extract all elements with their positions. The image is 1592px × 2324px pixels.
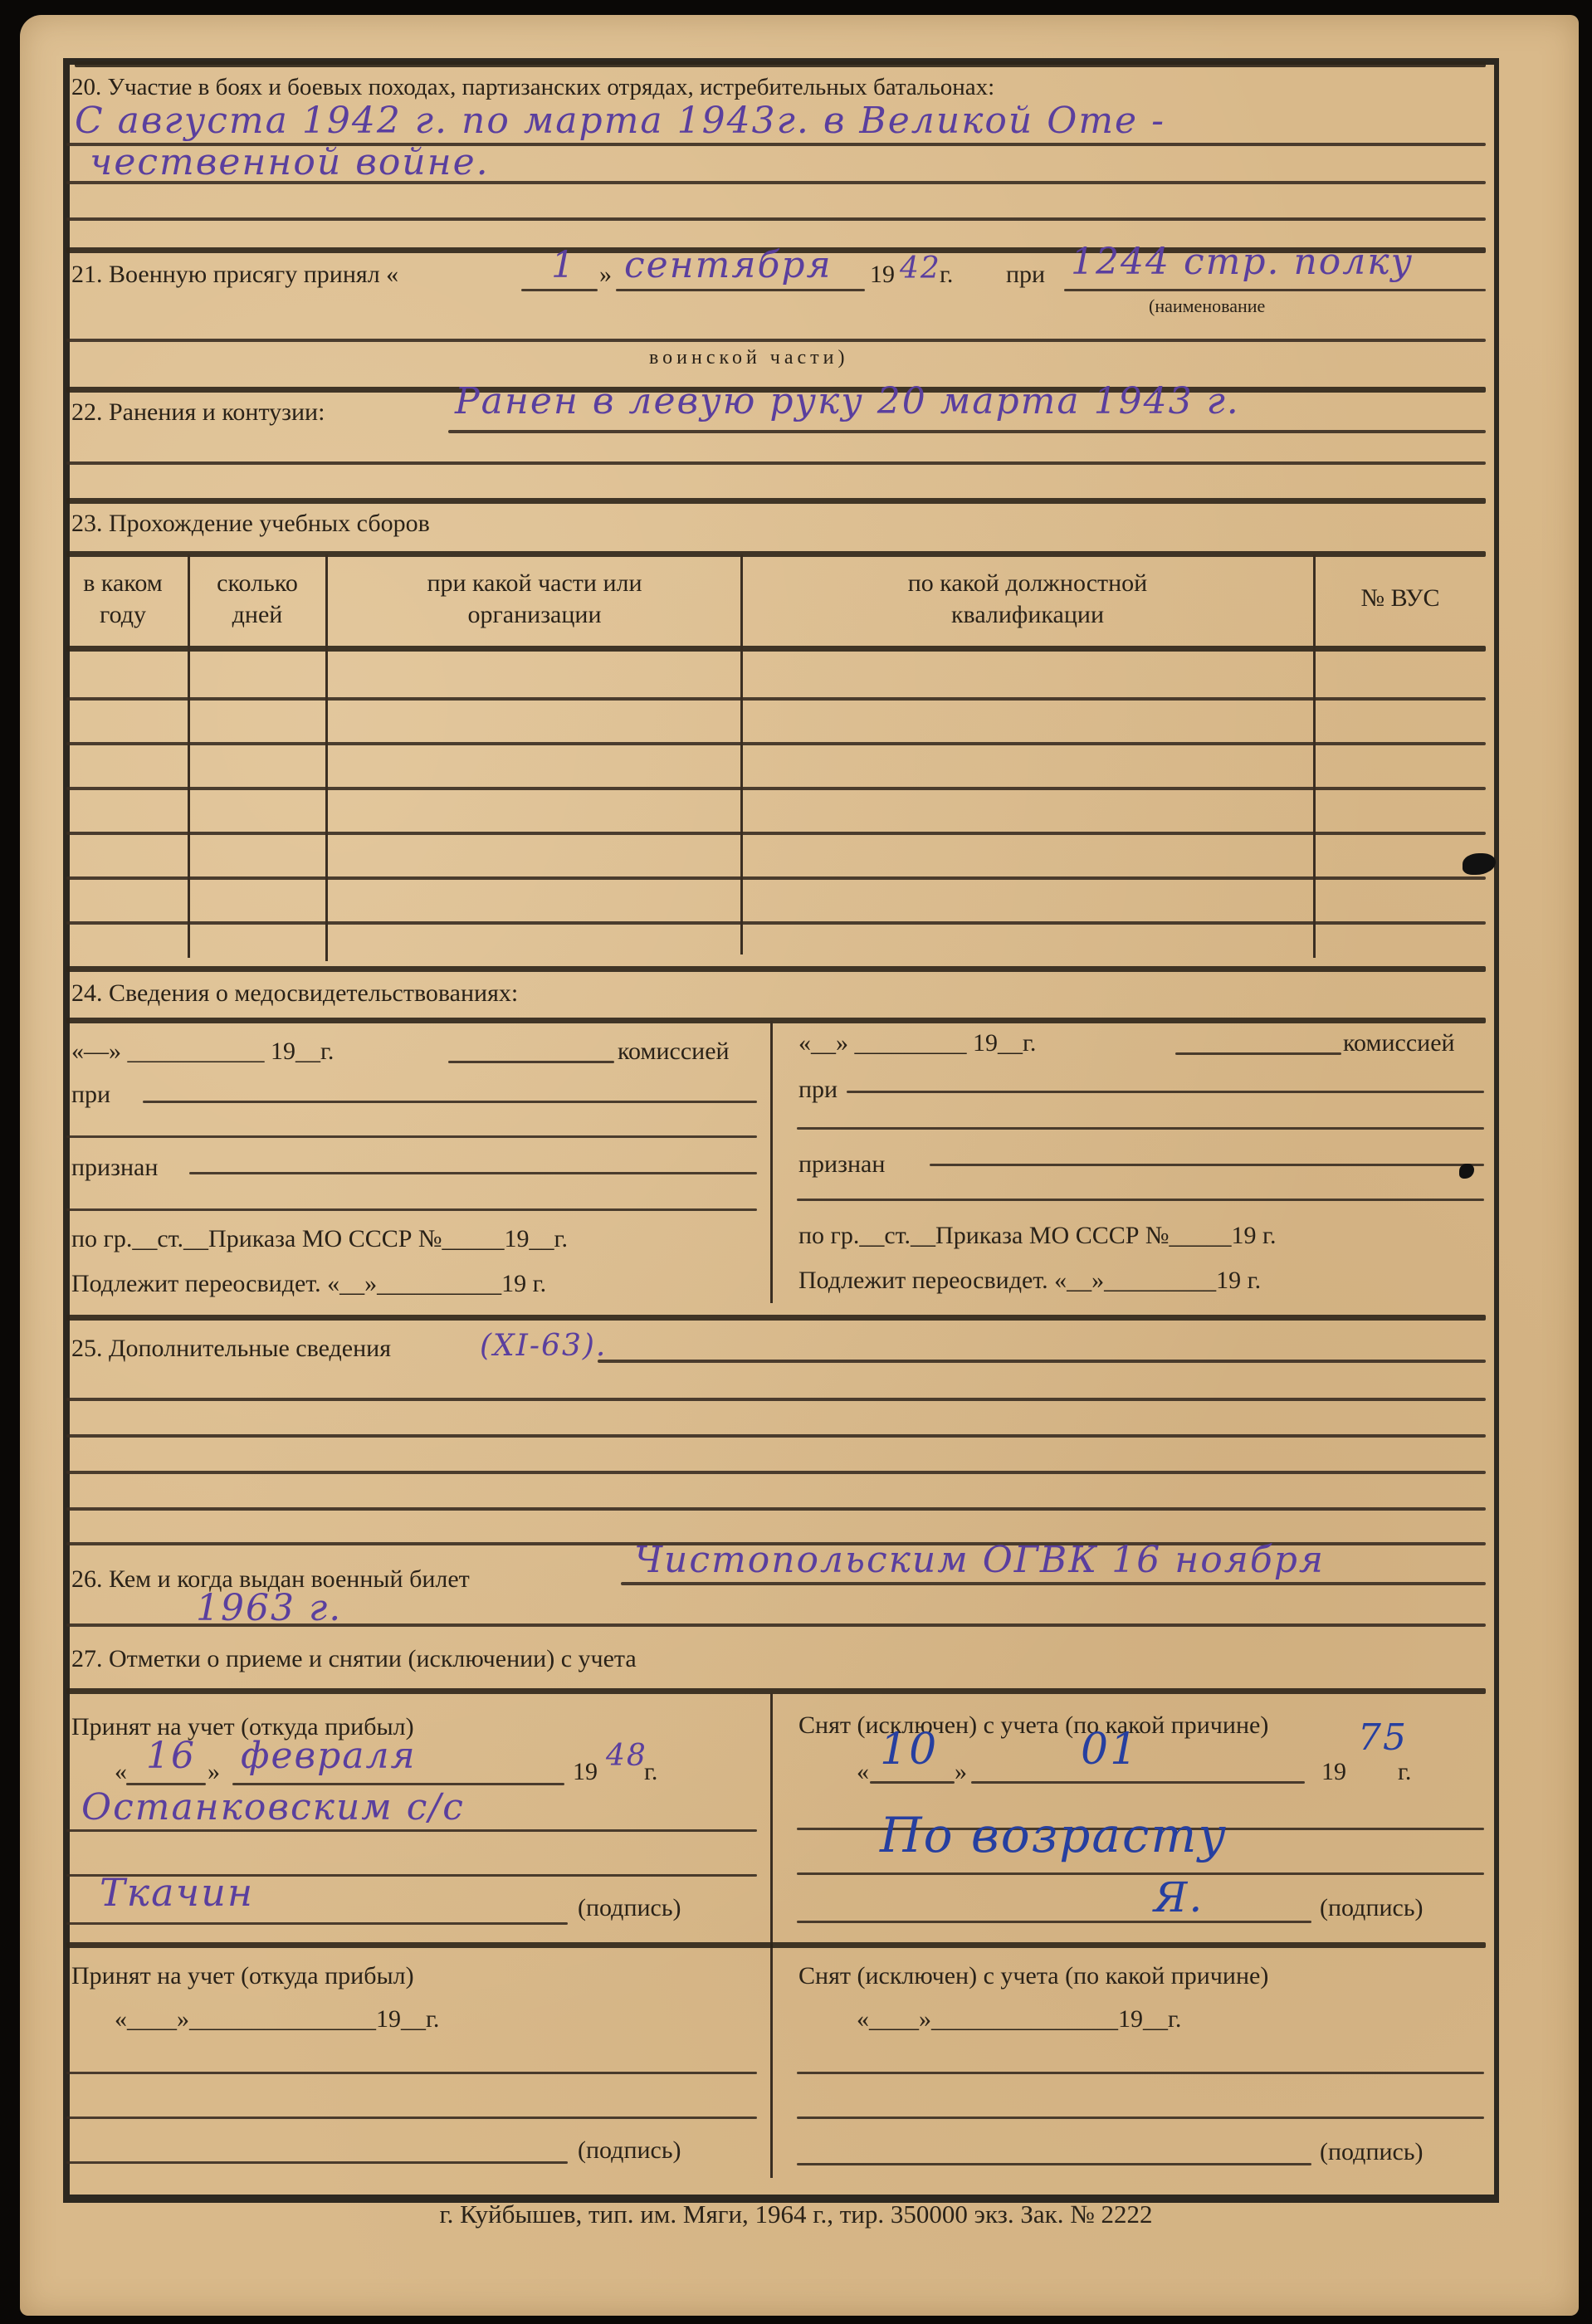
section-22-label: 22. Ранения и контузии:	[71, 398, 325, 427]
section-23-label: 23. Прохождение учебных сборов	[71, 510, 430, 538]
ticket-issued-year: 1963 г.	[196, 1589, 342, 1628]
table-header-top-rule	[66, 551, 1486, 557]
med-right-recognized: признан	[798, 1150, 885, 1179]
accepted-1-month-line	[232, 1783, 564, 1785]
col-divider-2	[325, 554, 328, 961]
section-25-line2	[66, 1398, 1486, 1401]
med-left-line4	[66, 1208, 757, 1211]
accepted-2-line2	[66, 2072, 757, 2074]
med-left-recognized: признан	[71, 1154, 158, 1182]
oath-at: при	[1006, 261, 1045, 289]
removed-1-title: Снят (исключен) с учета (по какой причин…	[798, 1711, 1268, 1740]
col-header-qualification: по какой должностной квалификации	[744, 568, 1311, 631]
accepted-2-line3	[66, 2116, 757, 2119]
col-header-unit: при какой части или организации	[329, 568, 740, 631]
table-row	[66, 832, 1486, 835]
section-25-top-rule	[66, 1315, 1486, 1321]
removed-1-year: 75	[1358, 1718, 1408, 1758]
accepted-2-signature-caption: (подпись)	[578, 2136, 681, 2165]
section-20-line2	[66, 181, 1486, 184]
accepted-1-signature-line	[66, 1922, 568, 1925]
oath-month-line	[616, 289, 865, 291]
section-21-line2	[66, 339, 1486, 342]
accepted-1-day-line	[126, 1783, 206, 1785]
accepted-1-line2	[66, 1829, 757, 1832]
med-left-at: при	[71, 1081, 110, 1109]
col-divider-4	[1313, 554, 1316, 958]
med-right-at-line	[847, 1091, 1484, 1093]
section-25-line5	[66, 1507, 1486, 1511]
removed-1-quote-close: »	[955, 1758, 967, 1786]
med-right-order: по гр.__ст.__Приказа МО СССР №_____19 г.	[798, 1222, 1276, 1250]
section-26-line1	[621, 1582, 1486, 1585]
removed-1-reason: По возрасту	[880, 1809, 1228, 1861]
section-23-top-rule	[66, 498, 1486, 504]
oath-caption-1: (наименование	[1149, 292, 1265, 320]
section-20-value-line1: С августа 1942 г. по марта 1943г. в Вели…	[75, 101, 1165, 141]
oath-day-line	[521, 289, 598, 291]
table-header-bottom-rule	[66, 646, 1486, 652]
med-left-commission: комиссией	[618, 1037, 730, 1066]
removed-1-month-line	[971, 1781, 1305, 1784]
table-row	[66, 876, 1486, 880]
accepted-1-quote-open: «	[115, 1758, 127, 1786]
accepted-1-quote-close: »	[208, 1758, 220, 1786]
med-right-date: «__» _________ 19__г.	[798, 1029, 1036, 1057]
section-25-line1	[598, 1360, 1486, 1363]
col-header-year: в каком году	[60, 568, 186, 631]
med-right-line2	[797, 1127, 1484, 1130]
med-left-at-line	[143, 1101, 757, 1103]
removed-1-year-suffix: г.	[1398, 1758, 1411, 1786]
accepted-1-from: Останковским с/с	[81, 1788, 465, 1828]
med-left-commission-line	[448, 1061, 614, 1063]
removed-1-signature: Я.	[1154, 1877, 1204, 1917]
removed-2-date: «____»_______________19__г.	[857, 2005, 1181, 2033]
section-20-line3	[66, 217, 1486, 221]
col-header-days: сколько дней	[189, 568, 325, 631]
section-27-label: 27. Отметки о приеме и снятии (исключени…	[71, 1645, 637, 1673]
med-left-order: по гр.__ст.__Приказа МО СССР №_____19__г…	[71, 1225, 568, 1253]
removed-2-signature-caption: (подпись)	[1320, 2138, 1424, 2166]
accepted-1-year: 48	[606, 1736, 647, 1776]
section-27-mid-rule	[66, 1942, 1486, 1948]
accepted-1-month: февраля	[241, 1736, 417, 1776]
med-left-reexam: Подлежит переосвидет. «__»__________19 г…	[71, 1270, 546, 1298]
accepted-1-year-prefix: 19	[573, 1758, 598, 1786]
table-row	[66, 787, 1486, 790]
accepted-1-year-suffix: г.	[644, 1758, 657, 1786]
med-left-recognized-line	[189, 1172, 757, 1174]
oath-quote-close: »	[599, 261, 612, 289]
accepted-2-date: «____»_______________19__г.	[115, 2005, 439, 2033]
removed-1-day: 10	[880, 1730, 938, 1770]
table-row	[66, 742, 1486, 745]
oath-caption-2: воинской части)	[649, 344, 849, 372]
oath-year-suffix: г.	[940, 261, 953, 289]
table-row	[66, 921, 1486, 925]
section-24-label: 24. Сведения о медосвидетельствованиях:	[71, 979, 518, 1008]
section-25-line4	[66, 1471, 1486, 1474]
section-26-line2	[66, 1623, 1486, 1627]
oath-month: сентября	[624, 246, 833, 286]
oath-unit-line	[1064, 289, 1486, 291]
section-27-divider	[770, 1693, 773, 2178]
accepted-1-signature: Ткачин	[100, 1872, 254, 1912]
table-bottom-rule	[66, 966, 1486, 972]
removed-2-title: Снят (исключен) с учета (по какой причин…	[798, 1962, 1268, 1990]
med-right-commission-line	[1175, 1052, 1341, 1055]
removed-1-quote-open: «	[857, 1758, 869, 1786]
accepted-2-signature-line	[66, 2161, 568, 2164]
section-27-header-rule	[66, 1688, 1486, 1694]
removed-1-month: 01	[1081, 1730, 1139, 1770]
removed-2-line2	[797, 2072, 1484, 2074]
med-right-reexam: Подлежит переосвидет. «__»_________19 г.	[798, 1267, 1261, 1295]
section-24-divider	[770, 1021, 773, 1303]
col-divider-1	[188, 554, 190, 958]
removed-1-year-prefix: 19	[1321, 1758, 1346, 1786]
removed-1-day-line	[870, 1781, 955, 1784]
oath-unit: 1244 стр. полку	[1071, 242, 1414, 282]
oath-year: 42	[900, 249, 941, 289]
med-right-commission: комиссией	[1343, 1029, 1455, 1057]
additional-info-note: (XI-63).	[480, 1326, 607, 1366]
removed-1-line3	[797, 1872, 1484, 1875]
accepted-1-signature-caption: (подпись)	[578, 1894, 681, 1922]
section-20-value-line2: чественной войне.	[90, 143, 490, 183]
col-divider-3	[740, 554, 743, 954]
removed-2-line3	[797, 2116, 1484, 2119]
accepted-2-title: Принят на учет (откуда прибыл)	[71, 1962, 414, 1990]
table-row	[66, 697, 1486, 701]
removed-1-signature-caption: (подпись)	[1320, 1894, 1424, 1922]
section-20-label: 20. Участие в боях и боевых походах, пар…	[71, 73, 994, 101]
top-rule	[75, 61, 1486, 67]
removed-2-signature-line	[797, 2163, 1311, 2165]
ticket-issued-by: Чистопольским ОГВК 16 ноября	[634, 1540, 1325, 1580]
med-left-date: «—» ___________ 19__г.	[71, 1037, 334, 1066]
printer-imprint: г. Куйбышев, тип. им. Мяги, 1964 г., тир…	[0, 2199, 1592, 2229]
accepted-1-day: 16	[146, 1736, 196, 1776]
section-24-header-rule	[66, 1018, 1486, 1023]
section-25-label: 25. Дополнительные сведения	[71, 1335, 391, 1363]
med-right-at: при	[798, 1076, 838, 1104]
med-right-recognized-line	[930, 1164, 1484, 1166]
med-left-line2	[66, 1135, 757, 1138]
oath-year-prefix: 19	[870, 261, 895, 289]
med-right-line4	[797, 1199, 1484, 1201]
section-22-line1	[448, 430, 1486, 433]
col-header-vus: № ВУС	[1315, 583, 1486, 614]
section-21-label: 21. Военную присягу принял «	[71, 261, 398, 289]
removed-1-signature-line	[797, 1921, 1311, 1923]
section-25-line3	[66, 1434, 1486, 1438]
section-22-line2	[66, 461, 1486, 465]
wounds-value: Ранен в левую руку 20 марта 1943 г.	[455, 382, 1240, 422]
oath-day: 1	[551, 246, 576, 286]
